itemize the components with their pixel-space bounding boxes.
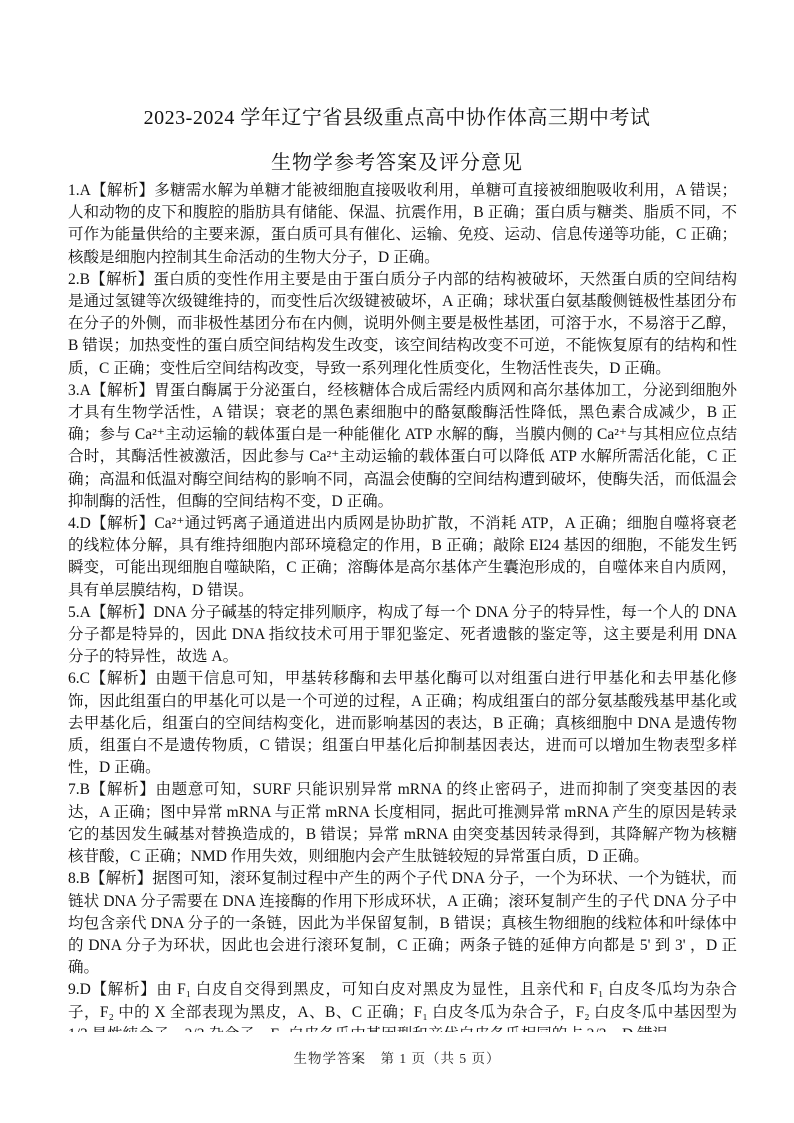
explanation-tag: 【解析】 bbox=[90, 271, 153, 288]
answer-label: 9.D bbox=[68, 981, 91, 998]
explanation-tag: 【解析】 bbox=[91, 515, 155, 532]
document-page: 2023-2024 学年辽宁省县级重点高中协作体高三期中考试 生物学参考答案及评… bbox=[0, 0, 794, 1123]
answer-paragraph: 1.A【解析】多糖需水解为单糖才能被细胞直接吸收利用，单糖可直接被细胞吸收利用，… bbox=[68, 180, 737, 269]
page-title: 2023-2024 学年辽宁省县级重点高中协作体高三期中考试 bbox=[0, 104, 794, 132]
explanation-tag: 【解析】 bbox=[91, 604, 154, 621]
explanation-text: 由题干信息可知，甲基转移酶和去甲基化酶可以对组蛋白进行甲基化和去甲基化修饰，因此… bbox=[68, 670, 737, 776]
answer-label: 1.A bbox=[68, 182, 91, 199]
answer-paragraph: 6.C【解析】由题干信息可知，甲基转移酶和去甲基化酶可以对组蛋白进行甲基化和去甲… bbox=[68, 668, 737, 779]
explanation-text: 多糖需水解为单糖才能被细胞直接吸收利用，单糖可直接被细胞吸收利用，A 错误；人和… bbox=[68, 182, 737, 266]
answer-label: 5.A bbox=[68, 604, 91, 621]
answer-paragraph: 3.A【解析】胃蛋白酶属于分泌蛋白，经核糖体合成后需经内质网和高尔基体加工，分泌… bbox=[68, 380, 737, 513]
answer-paragraph: 7.B【解析】由题意可知，SURF 只能识别异常 mRNA 的终止密码子，进而抑… bbox=[68, 779, 737, 868]
explanation-text: 蛋白质的变性作用主要是由于蛋白质分子内部的结构被破坏，天然蛋白质的空间结构是通过… bbox=[68, 271, 737, 377]
explanation-text: Ca²⁺通过钙离子通道进出内质网是协助扩散，不消耗 ATP，A 正确；细胞自噬将… bbox=[68, 515, 737, 599]
answer-label: 2.B bbox=[68, 271, 90, 288]
explanation-tag: 【解析】 bbox=[91, 182, 154, 199]
answer-label: 3.A bbox=[68, 382, 91, 399]
page-footer: 生物学答案 第 1 页（共 5 页） bbox=[0, 1047, 794, 1067]
explanation-text: 由题意可知，SURF 只能识别异常 mRNA 的终止密码子，进而抑制了突变基因的… bbox=[68, 781, 737, 865]
explanation-text: DNA 分子碱基的特定排列顺序，构成了每一个 DNA 分子的特异性，每一个人的 … bbox=[68, 604, 737, 665]
explanation-tag: 【解析】 bbox=[91, 382, 154, 399]
answer-paragraph: 4.D【解析】Ca²⁺通过钙离子通道进出内质网是协助扩散，不消耗 ATP，A 正… bbox=[68, 513, 737, 602]
answers-list: 1.A【解析】多糖需水解为单糖才能被细胞直接吸收利用，单糖可直接被细胞吸收利用，… bbox=[0, 180, 794, 1032]
answer-paragraph: 5.A【解析】DNA 分子碱基的特定排列顺序，构成了每一个 DNA 分子的特异性… bbox=[68, 602, 737, 669]
answer-label: 4.D bbox=[68, 515, 91, 532]
explanation-text: 胃蛋白酶属于分泌蛋白，经核糖体合成后需经内质网和高尔基体加工，分泌到细胞外才具有… bbox=[68, 382, 737, 510]
answer-label: 6.C bbox=[68, 670, 90, 687]
answer-label: 7.B bbox=[68, 781, 90, 798]
explanation-text: 据图可知，滚环复制过程中产生的两个子代 DNA 分子，一个为环状、一个为链状，而… bbox=[68, 870, 737, 976]
document-header: 2023-2024 学年辽宁省县级重点高中协作体高三期中考试 生物学参考答案及评… bbox=[0, 0, 794, 177]
answer-paragraph: 9.D【解析】由 F₁ 白皮自交得到黑皮，可知白皮对黑皮为显性，且亲代和 F₁ … bbox=[68, 979, 737, 1032]
page-subtitle: 生物学参考答案及评分意见 bbox=[0, 149, 794, 177]
explanation-tag: 【解析】 bbox=[90, 870, 152, 887]
explanation-tag: 【解析】 bbox=[90, 781, 155, 798]
explanation-tag: 【解析】 bbox=[90, 670, 155, 687]
explanation-text: 由 F₁ 白皮自交得到黑皮，可知白皮对黑皮为显性，且亲代和 F₁ 白皮冬瓜均为杂… bbox=[68, 981, 737, 1032]
answer-paragraph: 8.B【解析】据图可知，滚环复制过程中产生的两个子代 DNA 分子，一个为环状、… bbox=[68, 868, 737, 979]
explanation-tag: 【解析】 bbox=[91, 981, 157, 998]
answer-label: 8.B bbox=[68, 870, 90, 887]
answer-paragraph: 2.B【解析】蛋白质的变性作用主要是由于蛋白质分子内部的结构被破坏，天然蛋白质的… bbox=[68, 269, 737, 380]
